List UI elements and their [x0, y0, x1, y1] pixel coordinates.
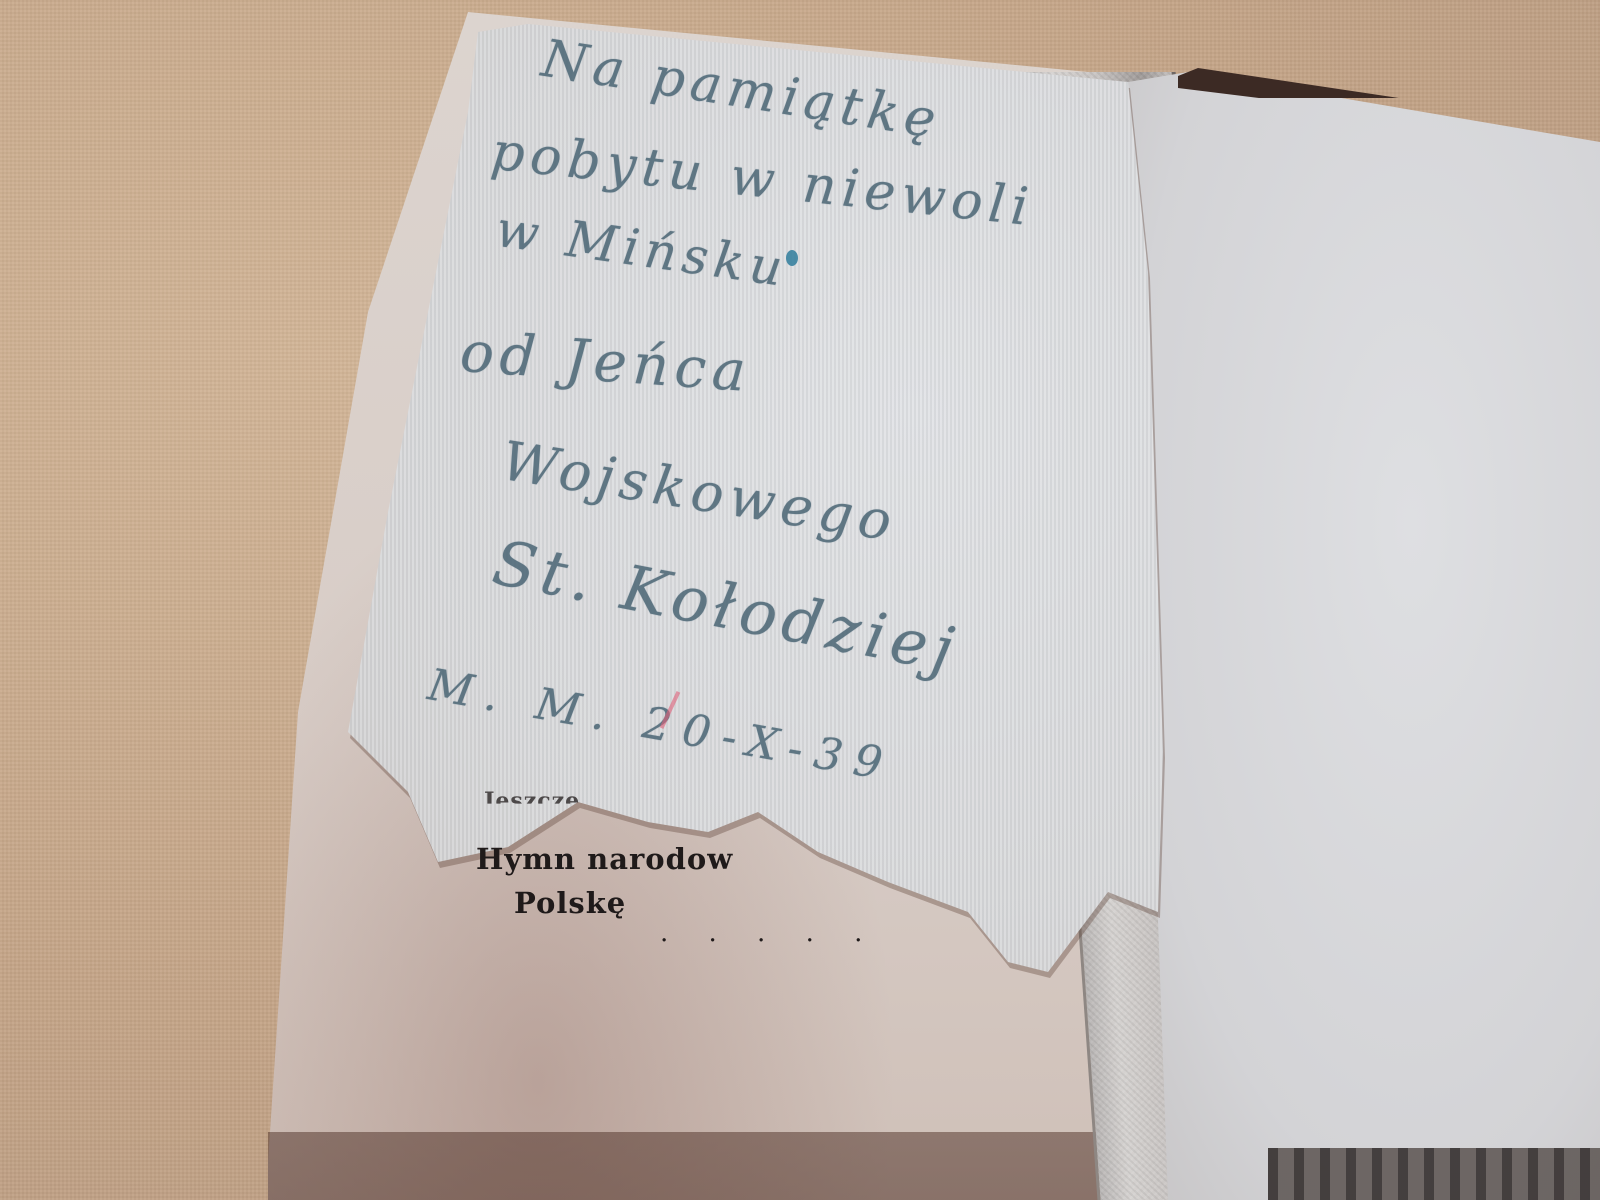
- inside-cover-page: [1128, 72, 1600, 1200]
- cover-top-edge: [1178, 68, 1600, 98]
- ink-spot: [786, 250, 798, 266]
- cover-bottom-edge: [1268, 1148, 1600, 1200]
- printed-subtitle-line: Polskę: [514, 886, 626, 920]
- printed-title-line: Hymn narodow: [476, 842, 733, 876]
- printed-dot-leader: . . . . .: [660, 918, 878, 948]
